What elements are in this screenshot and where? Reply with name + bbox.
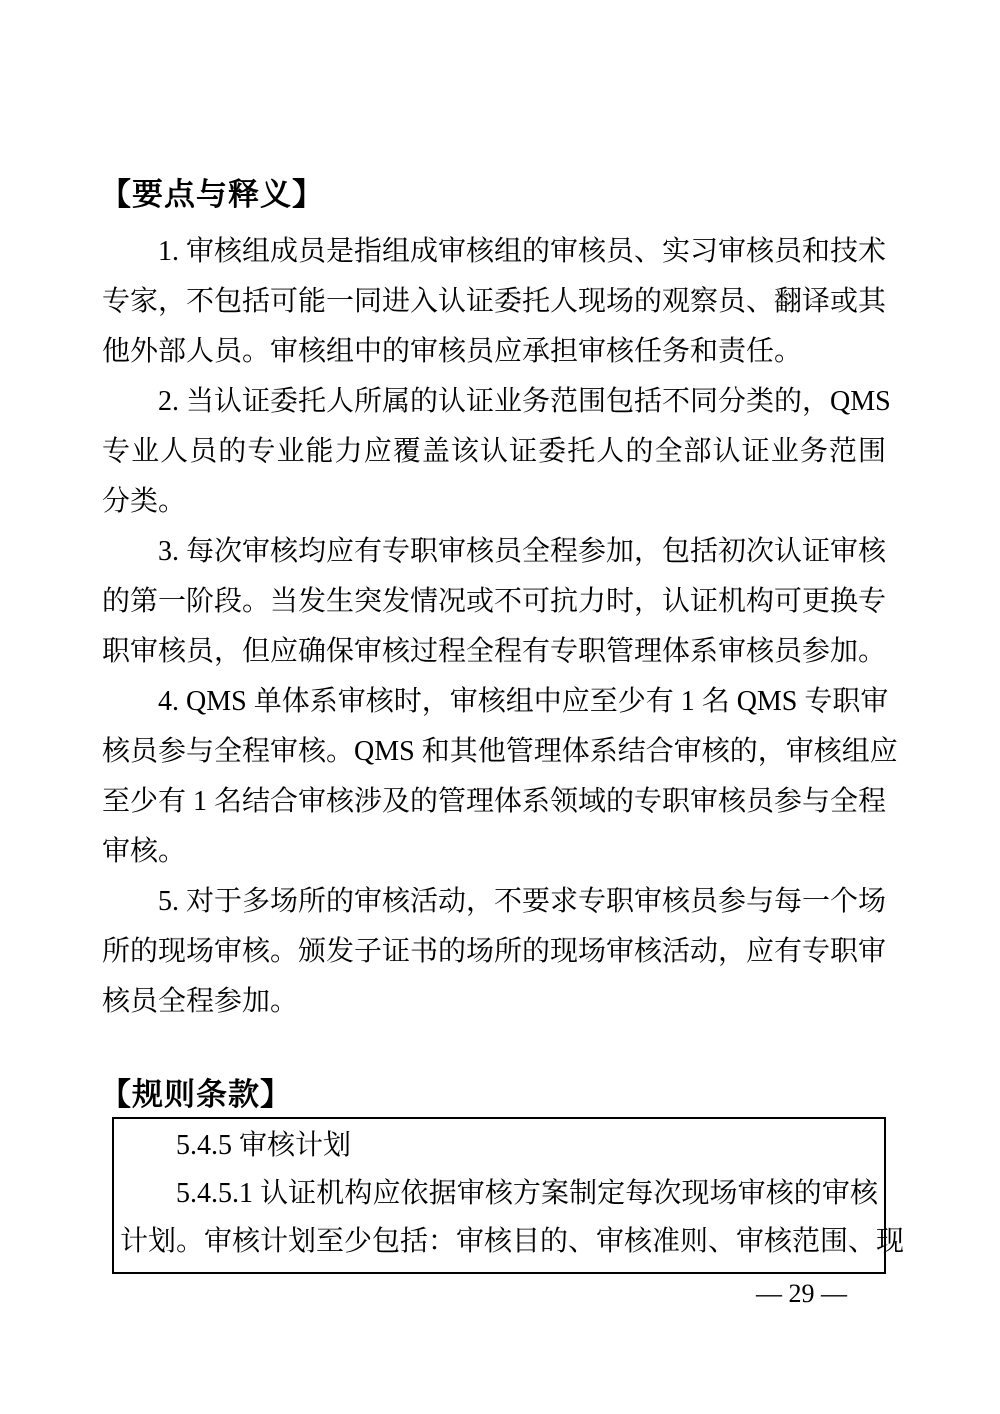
rules-box-line: 计划。审核计划至少包括：审核目的、审核准则、审核范围、现 [120,1218,878,1266]
section-heading-rules: 【规则条款】 [100,1077,292,1113]
paragraph-line: 至少有 1 名结合审核涉及的管理体系领域的专职审核员参与全程 [102,777,886,827]
paragraph-line: 分类。 [102,477,886,527]
paragraph-3: 3. 每次审核均应有专职审核员全程参加，包括初次认证审核 的第一阶段。当发生突发… [102,527,886,677]
section-heading-key-points: 【要点与释义】 [100,177,324,213]
paragraph-line: 审核。 [102,827,886,877]
rules-box-line: 5.4.5.1 认证机构应依据审核方案制定每次现场审核的审核 [120,1170,878,1218]
page-number: — 29 — [756,1280,847,1308]
paragraph-line: 3. 每次审核均应有专职审核员全程参加，包括初次认证审核 [102,527,886,577]
paragraph-line: 他外部人员。审核组中的审核员应承担审核任务和责任。 [102,327,886,377]
paragraph-line: 核员参与全程审核。QMS 和其他管理体系结合审核的，审核组应 [102,727,886,777]
paragraph-5: 5. 对于多场所的审核活动，不要求专职审核员参与每一个场 所的现场审核。颁发子证… [102,877,886,1027]
paragraph-line: 专业人员的专业能力应覆盖该认证委托人的全部认证业务范围 [102,427,886,477]
paragraph-line: 专家，不包括可能一同进入认证委托人现场的观察员、翻译或其 [102,277,886,327]
paragraph-2: 2. 当认证委托人所属的认证业务范围包括不同分类的，QMS 专业人员的专业能力应… [102,377,886,527]
paragraph-line: 所的现场审核。颁发子证书的场所的现场审核活动，应有专职审 [102,927,886,977]
paragraph-line: 的第一阶段。当发生突发情况或不可抗力时，认证机构可更换专 [102,577,886,627]
paragraph-line: 职审核员，但应确保审核过程全程有专职管理体系审核员参加。 [102,627,886,677]
paragraph-1: 1. 审核组成员是指组成审核组的审核员、实习审核员和技术 专家，不包括可能一同进… [102,227,886,377]
paragraph-line: 2. 当认证委托人所属的认证业务范围包括不同分类的，QMS [102,377,886,427]
document-page: 【要点与释义】 1. 审核组成员是指组成审核组的审核员、实习审核员和技术 专家，… [0,0,1000,1414]
key-points-body: 1. 审核组成员是指组成审核组的审核员、实习审核员和技术 专家，不包括可能一同进… [102,227,886,1027]
paragraph-line: 5. 对于多场所的审核活动，不要求专职审核员参与每一个场 [102,877,886,927]
paragraph-line: 核员全程参加。 [102,977,886,1027]
rules-box-line: 5.4.5 审核计划 [120,1122,878,1170]
rules-box: 5.4.5 审核计划 5.4.5.1 认证机构应依据审核方案制定每次现场审核的审… [112,1117,886,1274]
paragraph-line: 1. 审核组成员是指组成审核组的审核员、实习审核员和技术 [102,227,886,277]
paragraph-4: 4. QMS 单体系审核时，审核组中应至少有 1 名 QMS 专职审 核员参与全… [102,677,886,877]
paragraph-line: 4. QMS 单体系审核时，审核组中应至少有 1 名 QMS 专职审 [102,677,886,727]
